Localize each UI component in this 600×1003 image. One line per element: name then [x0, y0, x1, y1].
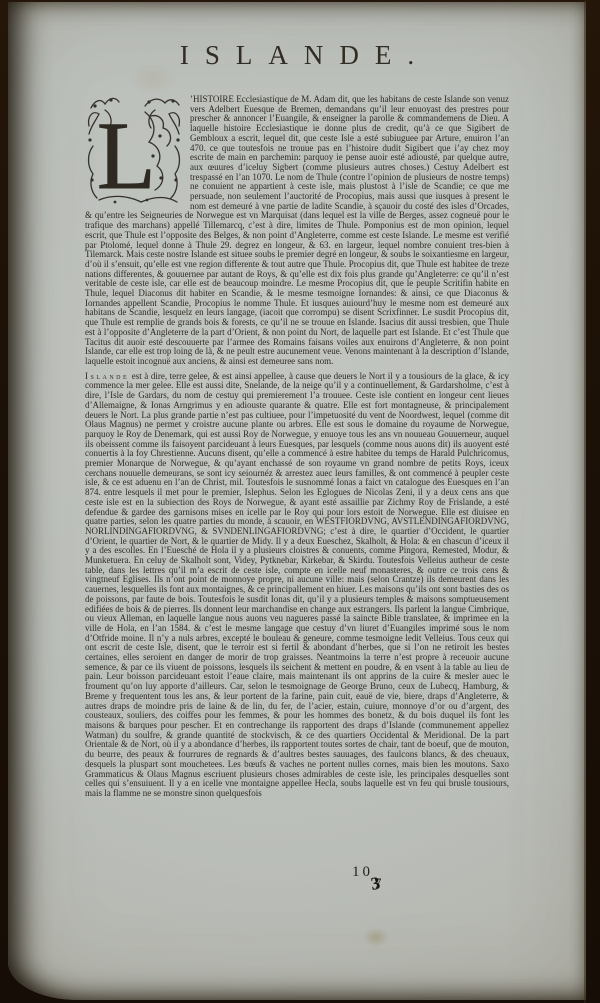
- paragraph-lead-word: Islande: [85, 371, 129, 381]
- paper-stain: [363, 927, 389, 947]
- text-column: L ’HISTOIRE Ecclesiastique de M. Adam di…: [85, 95, 509, 799]
- paragraph: Islande est à dire, terre gelee, & est a…: [85, 372, 509, 799]
- page-edge-shadow: [584, 0, 586, 1003]
- paragraph: L ’HISTOIRE Ecclesiastique de M. Adam di…: [85, 95, 509, 367]
- drop-cap-woodcut-initial: L: [85, 96, 183, 206]
- paragraph-text: est à dire, terre gelee, & est ainsi app…: [85, 371, 509, 798]
- drop-cap-letter: L: [97, 102, 156, 206]
- book-photo-background: ISLANDE.: [0, 0, 600, 1003]
- page-title: ISLANDE.: [85, 40, 509, 71]
- page-number: 1073: [352, 864, 384, 881]
